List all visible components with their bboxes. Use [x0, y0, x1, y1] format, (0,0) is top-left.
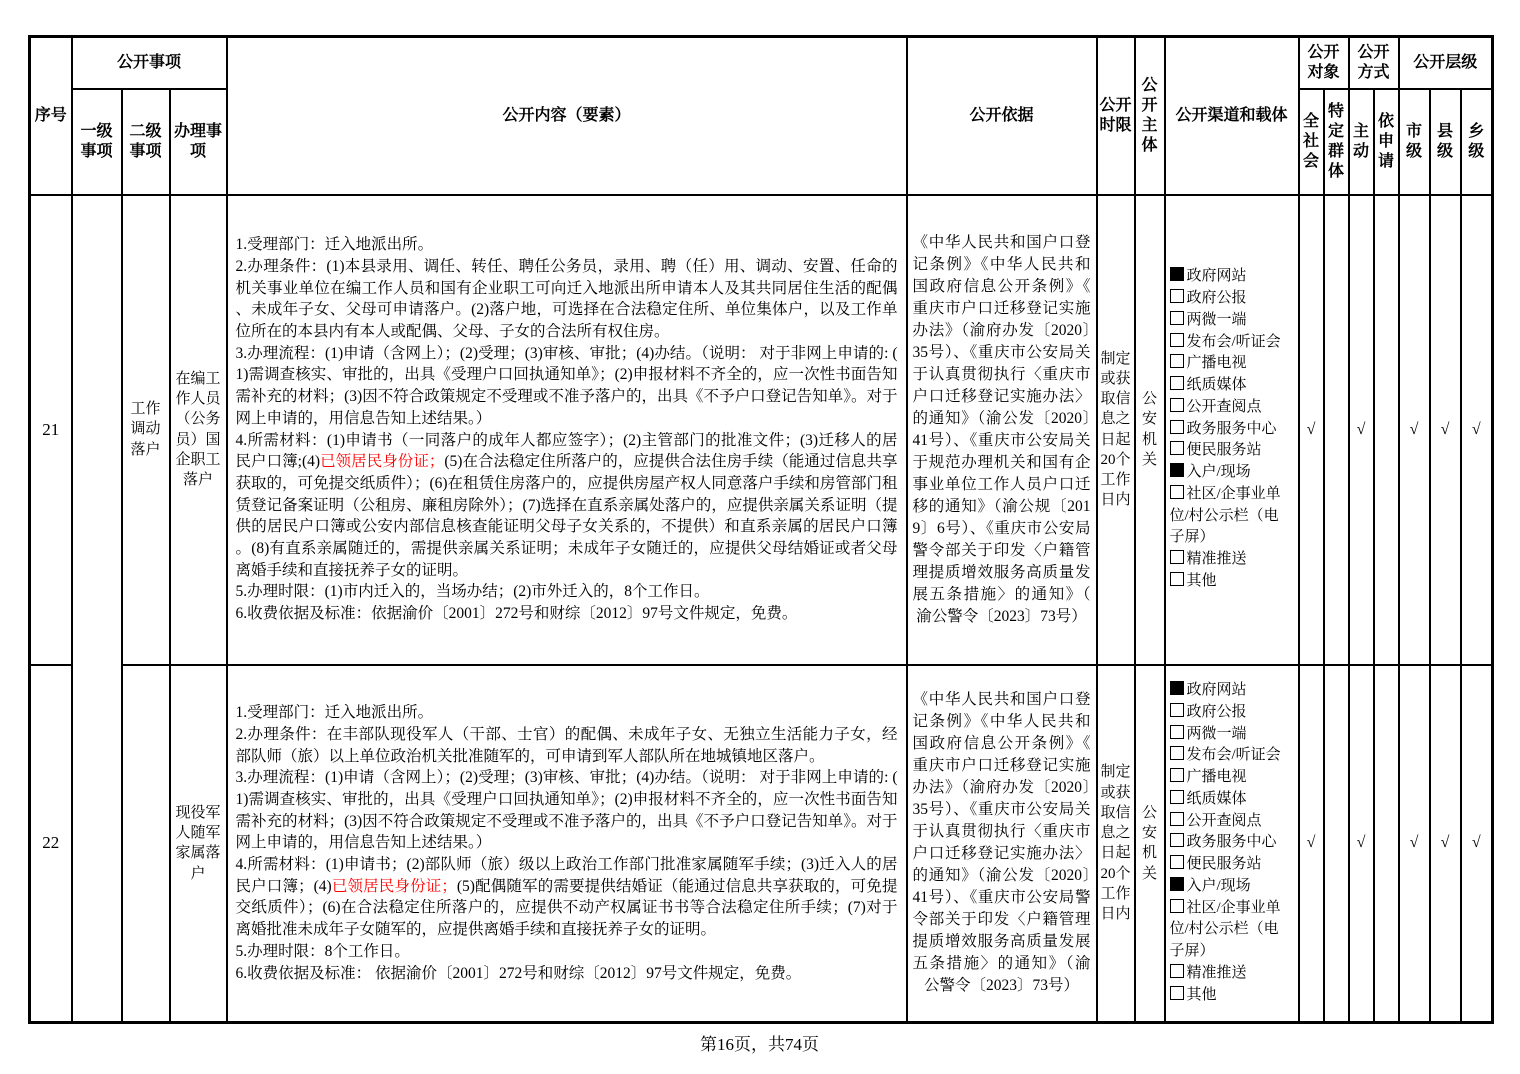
channel-label: 政府网站 — [1187, 682, 1247, 698]
mark-all-society: √ — [1299, 665, 1324, 1023]
channel-label: 入户/现场 — [1187, 878, 1251, 894]
unchecked-box-icon — [1170, 311, 1184, 325]
seq-cell: 21 — [30, 195, 72, 665]
channel-label: 社区/企事业单位/村公示栏（电子屏） — [1170, 486, 1281, 546]
content-text: 3.办理流程：(1)申请（含网上）；(2)受理；(3)审核、审批；(4)办结。（… — [236, 345, 898, 427]
header-method-proactive: 主动 — [1349, 89, 1374, 195]
unchecked-box-icon — [1170, 441, 1184, 455]
content-text: 1.受理部门：迁入地派出所。 — [236, 236, 434, 253]
content-paragraph: 4.所需材料：(1)申请书；(2)部队师（旅）级以上政治工作部门批准家属随军手续… — [236, 854, 898, 941]
mark-on-request — [1374, 665, 1399, 1023]
highlighted-red-text: 已领居民身份证； — [320, 453, 444, 470]
highlighted-red-text: 已领居民身份证； — [332, 878, 457, 895]
header-level-township: 乡级 — [1461, 89, 1493, 195]
channel-label: 社区/企事业单位/村公示栏（电子屏） — [1170, 900, 1281, 960]
channel-item: 政务服务中心 — [1170, 419, 1294, 441]
channel-item: 纸质媒体 — [1170, 375, 1294, 397]
unchecked-box-icon — [1170, 812, 1184, 826]
unchecked-box-icon — [1170, 420, 1184, 434]
mark-on-request — [1374, 195, 1399, 665]
unchecked-box-icon — [1170, 398, 1184, 412]
channel-label: 入户/现场 — [1187, 464, 1251, 480]
channel-item: 纸质媒体 — [1170, 789, 1294, 811]
level1-cell — [72, 195, 122, 1023]
handling-item-cell: 现役军人随军家属落户 — [170, 665, 227, 1023]
channel-item: 其他 — [1170, 985, 1294, 1007]
channel-item: 公开查阅点 — [1170, 397, 1294, 419]
table-row-22: 22 现役军人随军家属落户 1.受理部门：迁入地派出所。2.办理条件：在丰部队现… — [30, 665, 1493, 1023]
header-time-limit: 公开时限 — [1097, 37, 1135, 195]
header-level-county: 县级 — [1430, 89, 1461, 195]
unchecked-box-icon — [1170, 376, 1184, 390]
header-basis: 公开依据 — [907, 37, 1097, 195]
channel-label: 其他 — [1187, 573, 1217, 589]
content-paragraph: 6.收费依据及标准： 依据渝价〔2001〕272号和财综〔2012〕97号文件规… — [236, 963, 898, 985]
channel-label: 政府公报 — [1187, 704, 1247, 720]
channel-label: 公开查阅点 — [1187, 399, 1262, 415]
channel-label: 发布会/听证会 — [1187, 747, 1281, 763]
checked-box-icon — [1170, 267, 1184, 281]
header-level2: 二级事项 — [122, 89, 170, 195]
header-public-items: 公开事项 — [72, 37, 227, 89]
channel-item: 两微一端 — [1170, 724, 1294, 746]
content-text: 6.收费依据及标准：依据渝价〔2001〕272号和财综〔2012〕97号文件规定… — [236, 605, 798, 622]
channel-item: 精准推送 — [1170, 963, 1294, 985]
content-text: 5.办理时限：8个工作日。 — [236, 943, 410, 960]
channel-item: 广播电视 — [1170, 353, 1294, 375]
header-row-1: 序号 公开事项 公开内容（要素） 公开依据 公开时限 公开主体 公开渠道和载体 … — [30, 37, 1493, 89]
time-limit-cell: 制定或获取信息之日起20个工作日内 — [1097, 665, 1135, 1023]
header-subject: 公开主体 — [1135, 37, 1165, 195]
channel-item: 政务服务中心 — [1170, 832, 1294, 854]
content-paragraph: 4.所需材料：(1)申请书（一同落户的成年人都应签字）；(2)主管部门的批准文件… — [236, 430, 898, 582]
mark-proactive: √ — [1349, 195, 1374, 665]
channel-label: 政务服务中心 — [1187, 421, 1277, 437]
content-paragraph: 6.收费依据及标准：依据渝价〔2001〕272号和财综〔2012〕97号文件规定… — [236, 603, 898, 625]
content-text: (5)在合法稳定住所落户的，应提供合法住房手续（能通过信息共享获取的，可免提交纸… — [236, 453, 898, 578]
channel-label: 其他 — [1187, 987, 1217, 1003]
unchecked-box-icon — [1170, 572, 1184, 586]
page-number: 第16页，共74页 — [28, 1030, 1491, 1055]
content-paragraph: 2.办理条件：(1)本县录用、调任、转任、聘任公务员，录用、聘（任）用、调动、安… — [236, 256, 898, 343]
unchecked-box-icon — [1170, 833, 1184, 847]
channel-item: 政府公报 — [1170, 288, 1294, 310]
channel-item: 社区/企事业单位/村公示栏（电子屏） — [1170, 484, 1294, 549]
channel-label: 纸质媒体 — [1187, 791, 1247, 807]
unchecked-box-icon — [1170, 768, 1184, 782]
unchecked-box-icon — [1170, 550, 1184, 564]
time-limit-cell: 制定或获取信息之日起20个工作日内 — [1097, 195, 1135, 665]
channel-item: 政府网站 — [1170, 680, 1294, 702]
disclosure-table: 序号 公开事项 公开内容（要素） 公开依据 公开时限 公开主体 公开渠道和载体 … — [28, 35, 1494, 1024]
channel-label: 精准推送 — [1187, 551, 1247, 567]
channel-label: 纸质媒体 — [1187, 377, 1247, 393]
header-level-city: 市级 — [1399, 89, 1430, 195]
content-text: 2.办理条件：(1)本县录用、调任、转任、聘任公务员，录用、聘（任）用、调动、安… — [236, 258, 898, 340]
mark-specific-group — [1324, 195, 1349, 665]
mark-county-level: √ — [1430, 195, 1461, 665]
channel-item: 政府网站 — [1170, 266, 1294, 288]
channel-item: 政府公报 — [1170, 702, 1294, 724]
channel-item: 公开查阅点 — [1170, 811, 1294, 833]
channel-item: 发布会/听证会 — [1170, 332, 1294, 354]
seq-cell: 22 — [30, 665, 72, 1023]
content-paragraph: 3.办理流程：(1)申请（含网上）；(2)受理；(3)审核、审批；(4)办结。（… — [236, 343, 898, 430]
header-target-all: 全社会 — [1299, 89, 1324, 195]
unchecked-box-icon — [1170, 790, 1184, 804]
channel-label: 两微一端 — [1187, 726, 1247, 742]
unchecked-box-icon — [1170, 964, 1184, 978]
content-paragraph: 3.办理流程：(1)申请（含网上）；(2)受理；(3)审核、审批；(4)办结。（… — [236, 767, 898, 854]
channel-item: 广播电视 — [1170, 767, 1294, 789]
header-seq: 序号 — [30, 37, 72, 195]
channel-item: 其他 — [1170, 571, 1294, 593]
channel-label: 政府公报 — [1187, 290, 1247, 306]
unchecked-box-icon — [1170, 703, 1184, 717]
level2-cell: 工作调动落户 — [122, 195, 170, 665]
channel-label: 便民服务站 — [1187, 442, 1262, 458]
header-method: 公开方式 — [1349, 37, 1399, 89]
content-text: 3.办理流程：(1)申请（含网上）；(2)受理；(3)审核、审批；(4)办结。（… — [236, 769, 898, 851]
channel-item: 社区/企事业单位/村公示栏（电子屏） — [1170, 898, 1294, 963]
unchecked-box-icon — [1170, 986, 1184, 1000]
header-target-specific: 特定群体 — [1324, 89, 1349, 195]
header-method-on-request: 依申请 — [1374, 89, 1399, 195]
channel-item: 便民服务站 — [1170, 440, 1294, 462]
header-channels: 公开渠道和载体 — [1165, 37, 1299, 195]
channel-label: 政务服务中心 — [1187, 834, 1277, 850]
header-target: 公开对象 — [1299, 37, 1349, 89]
content-paragraph: 2.办理条件：在丰部队现役军人（干部、士官）的配偶、未成年子女、无独立生活能力子… — [236, 724, 898, 767]
content-paragraph: 5.办理时限：(1)市内迁入的，当场办结；(2)市外迁入的，8个工作日。 — [236, 581, 898, 603]
header-level1: 一级事项 — [72, 89, 122, 195]
unchecked-box-icon — [1170, 746, 1184, 760]
mark-township-level: √ — [1461, 195, 1493, 665]
unchecked-box-icon — [1170, 855, 1184, 869]
header-content: 公开内容（要素） — [227, 37, 907, 195]
header-handling-item: 办理事项 — [170, 89, 227, 195]
channel-label: 两微一端 — [1187, 312, 1247, 328]
content-text: 1.受理部门：迁入地派出所。 — [236, 704, 434, 721]
mark-city-level: √ — [1399, 195, 1430, 665]
content-text: 6.收费依据及标准： 依据渝价〔2001〕272号和财综〔2012〕97号文件规… — [236, 965, 802, 982]
mark-township-level: √ — [1461, 665, 1493, 1023]
mark-city-level: √ — [1399, 665, 1430, 1023]
handling-item-cell: 在编工作人员（公务员）国企职工落户 — [170, 195, 227, 665]
channel-label: 广播电视 — [1187, 355, 1247, 371]
channel-item: 发布会/听证会 — [1170, 745, 1294, 767]
mark-county-level: √ — [1430, 665, 1461, 1023]
subject-cell: 公安机关 — [1135, 665, 1165, 1023]
channel-label: 发布会/听证会 — [1187, 334, 1281, 350]
header-level: 公开层级 — [1399, 37, 1493, 89]
unchecked-box-icon — [1170, 899, 1184, 913]
unchecked-box-icon — [1170, 354, 1184, 368]
channel-item: 入户/现场 — [1170, 462, 1294, 484]
checked-box-icon — [1170, 681, 1184, 695]
channel-item: 两微一端 — [1170, 310, 1294, 332]
unchecked-box-icon — [1170, 333, 1184, 347]
basis-cell: 《中华人民共和国户口登记条例》《中华人民共和国政府信息公开条例》《重庆市户口迁移… — [907, 665, 1097, 1023]
content-paragraph: 1.受理部门：迁入地派出所。 — [236, 234, 898, 256]
channel-label: 精准推送 — [1187, 965, 1247, 981]
basis-cell: 《中华人民共和国户口登记条例》《中华人民共和国政府信息公开条例》《重庆市户口迁移… — [907, 195, 1097, 665]
mark-all-society: √ — [1299, 195, 1324, 665]
content-text: 5.办理时限：(1)市内迁入的，当场办结；(2)市外迁入的，8个工作日。 — [236, 583, 710, 600]
checked-box-icon — [1170, 463, 1184, 477]
channel-label: 政府网站 — [1187, 268, 1247, 284]
channels-cell: 政府网站政府公报两微一端发布会/听证会广播电视纸质媒体公开查阅点政务服务中心便民… — [1165, 665, 1299, 1023]
content-paragraph: 1.受理部门：迁入地派出所。 — [236, 702, 898, 724]
channels-cell: 政府网站政府公报两微一端发布会/听证会广播电视纸质媒体公开查阅点政务服务中心便民… — [1165, 195, 1299, 665]
mark-specific-group — [1324, 665, 1349, 1023]
content-cell: 1.受理部门：迁入地派出所。2.办理条件：(1)本县录用、调任、转任、聘任公务员… — [227, 195, 907, 665]
unchecked-box-icon — [1170, 725, 1184, 739]
channel-item: 入户/现场 — [1170, 876, 1294, 898]
channel-item: 精准推送 — [1170, 549, 1294, 571]
mark-proactive: √ — [1349, 665, 1374, 1023]
checked-box-icon — [1170, 877, 1184, 891]
channel-item: 便民服务站 — [1170, 854, 1294, 876]
unchecked-box-icon — [1170, 485, 1184, 499]
content-paragraph: 5.办理时限：8个工作日。 — [236, 941, 898, 963]
channel-label: 便民服务站 — [1187, 856, 1262, 872]
document-page: 序号 公开事项 公开内容（要素） 公开依据 公开时限 公开主体 公开渠道和载体 … — [28, 35, 1491, 1055]
content-text: 2.办理条件：在丰部队现役军人（干部、士官）的配偶、未成年子女、无独立生活能力子… — [236, 726, 898, 765]
channel-label: 广播电视 — [1187, 769, 1247, 785]
table-row-21: 21 工作调动落户 在编工作人员（公务员）国企职工落户 1.受理部门：迁入地派出… — [30, 195, 1493, 665]
content-cell: 1.受理部门：迁入地派出所。2.办理条件：在丰部队现役军人（干部、士官）的配偶、… — [227, 665, 907, 1023]
level2-cell — [122, 665, 170, 1023]
unchecked-box-icon — [1170, 289, 1184, 303]
subject-cell: 公安机关 — [1135, 195, 1165, 665]
channel-label: 公开查阅点 — [1187, 813, 1262, 829]
